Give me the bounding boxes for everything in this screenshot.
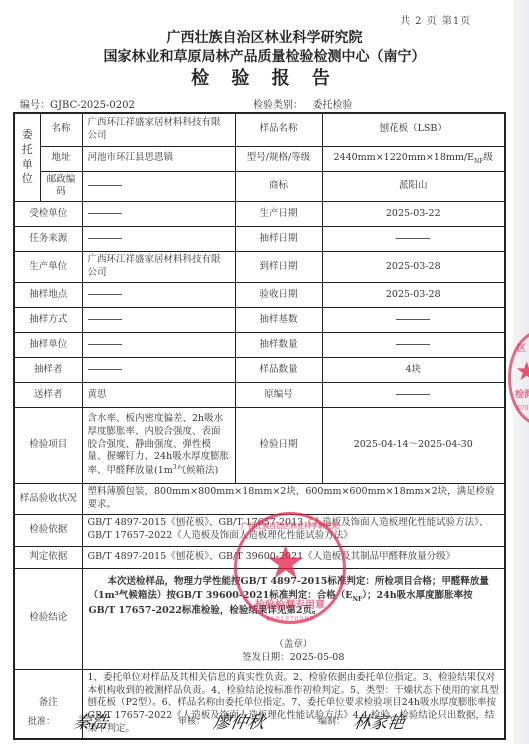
signature-compile: 编制： 林家艳	[318, 708, 405, 733]
client-group-label: 委托单位	[14, 113, 40, 202]
judgment-label: 判定依据	[14, 546, 82, 568]
sender-label: 送样者	[14, 383, 82, 408]
institute-title: 广西壮族自治区林业科学研究院	[0, 27, 529, 47]
compile-label: 编制：	[318, 714, 345, 727]
table-row: 委托单位 名称 广西环江祥盛家居材料科技有限公司 样品名称 刨花板（LSB）	[14, 113, 505, 146]
seal-note-text: （盖章）	[89, 638, 499, 651]
conclusion-label: 检验结论	[14, 568, 82, 669]
original-no	[322, 383, 505, 408]
sample-model-label: 型号/规格/等级	[235, 146, 322, 171]
table-row: 抽样方式 抽样基数	[14, 308, 505, 333]
sample-name: 刨花板（LSB）	[322, 113, 505, 146]
acceptance-date: 2025-03-28	[322, 283, 505, 308]
approve-signature: 秦浩	[72, 708, 110, 733]
sender: 黄思	[82, 383, 235, 408]
issue-date-label: 签发日期：	[242, 652, 290, 663]
report-number-label: 编号：	[20, 100, 50, 111]
receipt-status-label: 样品验收状况	[14, 484, 82, 515]
table-row: 送样者 黄思 原编号	[14, 383, 505, 408]
sample-model: 2440mm×1220mm×18mm/ENF级	[322, 146, 505, 171]
arrival-date: 2025-03-28	[322, 252, 505, 283]
inspected-unit	[82, 202, 235, 227]
inspection-type-value: 委托检验	[313, 100, 353, 111]
judgment: GB/T 4897-2015《刨花板》、GB/T 39600-2021《人造板及…	[82, 546, 505, 568]
sample-model-value: 2440mm×1220mm×18mm/E	[334, 152, 475, 163]
table-row: 判定依据 GB/T 4897-2015《刨花板》、GB/T 39600-2021…	[14, 546, 505, 568]
report-number: 编号：GJBC-2025-0202	[20, 96, 135, 111]
sampling-qty-label: 抽样数量	[235, 333, 322, 358]
signature-review: 审核： 廖仲秋	[178, 708, 265, 733]
inspection-type-label: 检验类别：	[253, 100, 303, 111]
sampling-base-label: 抽样基数	[235, 308, 322, 333]
sample-model-suffix: 级	[483, 152, 493, 163]
client-address: 河池市环江县思恩镇	[82, 146, 235, 171]
table-row: 检验项目 含水率、板内密度偏差、2h吸水厚度膨胀率、内胶合强度、表面胶合强度、静…	[14, 408, 505, 484]
conclusion: 本次送检样品，物理力学性能按GB/T 4897-2015标准判定：所检项目合格；…	[82, 568, 505, 669]
table-row: 抽样者 样品数量 4块	[14, 358, 505, 383]
sampling-place	[82, 283, 235, 308]
issue-date: 签发日期：2025-05-08	[89, 651, 499, 664]
review-label: 审核：	[178, 714, 205, 727]
report-table: 委托单位 名称 广西环江祥盛家居材料科技有限公司 样品名称 刨花板（LSB） 地…	[13, 112, 506, 740]
sampling-date	[322, 227, 505, 252]
remarks: 1、委托单位对样品及其相关信息的真实性负责。2、检验依据由委托单位指定。3、检验…	[82, 669, 505, 739]
signature-approve: 批准： 秦浩	[28, 708, 108, 733]
acceptance-date-label: 验收日期	[235, 283, 322, 308]
sampling-unit	[82, 333, 235, 358]
sampling-place-label: 抽样地点	[14, 283, 82, 308]
table-row: 抽样地点 验收日期 2025-03-28	[14, 283, 505, 308]
seal-note: （盖章） 签发日期：2025-05-08	[89, 638, 499, 665]
production-date: 2025-03-22	[322, 202, 505, 227]
basis: GB/T 4897-2015《刨花板》、GB/T 17657-2013《人造板及…	[82, 514, 505, 546]
issue-date-value: 2025-05-08	[290, 652, 345, 663]
table-row: 抽样单位 抽样数量	[14, 333, 505, 358]
receipt-status: 塑料薄膜包装，800mm×800mm×18mm×2块，600mm×600mm×1…	[82, 484, 505, 515]
client-postcode	[82, 171, 235, 202]
inspection-type: 检验类别： 委托检验	[253, 96, 353, 111]
inspection-items: 含水率、板内密度偏差、2h吸水厚度膨胀率、内胶合强度、表面胶合强度、静曲强度、弹…	[82, 408, 235, 484]
client-name-label: 名称	[40, 113, 82, 146]
sample-qty: 4块	[322, 358, 505, 383]
sampling-date-label: 抽样日期	[235, 227, 322, 252]
table-row: 受检单位 生产日期 2025-03-22	[14, 202, 505, 227]
items-label: 检验项目	[14, 408, 82, 484]
client-postcode-label: 邮政编码	[40, 171, 82, 202]
brand: 派阳山	[322, 171, 505, 202]
review-signature: 廖仲秋	[212, 708, 267, 733]
sampling-method	[82, 308, 235, 333]
table-row: 邮政编码 商标 派阳山	[14, 171, 505, 202]
brand-label: 商标	[235, 171, 322, 202]
inspected-unit-label: 受检单位	[14, 202, 82, 227]
sampler-label: 抽样者	[14, 358, 82, 383]
manufacturer-label: 生产单位	[14, 252, 82, 283]
page-count: 共 2 页 第1页	[400, 12, 471, 27]
table-row: 地址 河池市环江县思恩镇 型号/规格/等级 2440mm×1220mm×18mm…	[14, 146, 505, 171]
conclusion-text: 本次送检样品，物理力学性能按GB/T 4897-2015标准判定：所检项目合格；…	[89, 575, 499, 618]
table-row: 样品验收状况 塑料薄膜包装，800mm×800mm×18mm×2块，600mm×…	[14, 484, 505, 515]
sampling-base	[322, 308, 505, 333]
client-name: 广西环江祥盛家居材料科技有限公司	[82, 113, 235, 146]
client-address-label: 地址	[40, 146, 82, 171]
document-title: 检 验 报 告	[0, 64, 529, 90]
manufacturer: 广西环江祥盛家居材料科技有限公司	[82, 252, 235, 283]
sampling-unit-label: 抽样单位	[14, 333, 82, 358]
inspection-date: 2025-04-14～2025-04-30	[322, 408, 505, 484]
arrival-date-label: 到样日期	[235, 252, 322, 283]
center-title: 国家林业和草原局林产品质量检验检测中心（南宁）	[0, 46, 529, 66]
original-no-label: 原编号	[235, 383, 322, 408]
table-row: 任务来源 抽样日期	[14, 227, 505, 252]
table-row: 生产单位 广西环江祥盛家居材料科技有限公司 到样日期 2025-03-28	[14, 252, 505, 283]
task-source-label: 任务来源	[14, 227, 82, 252]
table-row: 检验结论 本次送检样品，物理力学性能按GB/T 4897-2015标准判定：所检…	[14, 568, 505, 669]
inspection-date-label: 检验日期	[235, 408, 322, 484]
task-source	[82, 227, 235, 252]
basis-label: 检验依据	[14, 514, 82, 546]
conclusion-grade: NF	[353, 596, 363, 603]
sample-qty-label: 样品数量	[235, 358, 322, 383]
sampling-qty	[322, 333, 505, 358]
items-tail: 气候箱法)	[177, 465, 219, 476]
sampling-method-label: 抽样方式	[14, 308, 82, 333]
sampler	[82, 358, 235, 383]
production-date-label: 生产日期	[235, 202, 322, 227]
sample-name-label: 样品名称	[235, 113, 322, 146]
report-number-value: GJBC-2025-0202	[50, 100, 135, 111]
page-edge-shadow	[513, 0, 529, 744]
approve-label: 批准：	[28, 714, 55, 727]
table-row: 检验依据 GB/T 4897-2015《刨花板》、GB/T 17657-2013…	[14, 514, 505, 546]
compile-signature: 林家艳	[352, 708, 407, 733]
